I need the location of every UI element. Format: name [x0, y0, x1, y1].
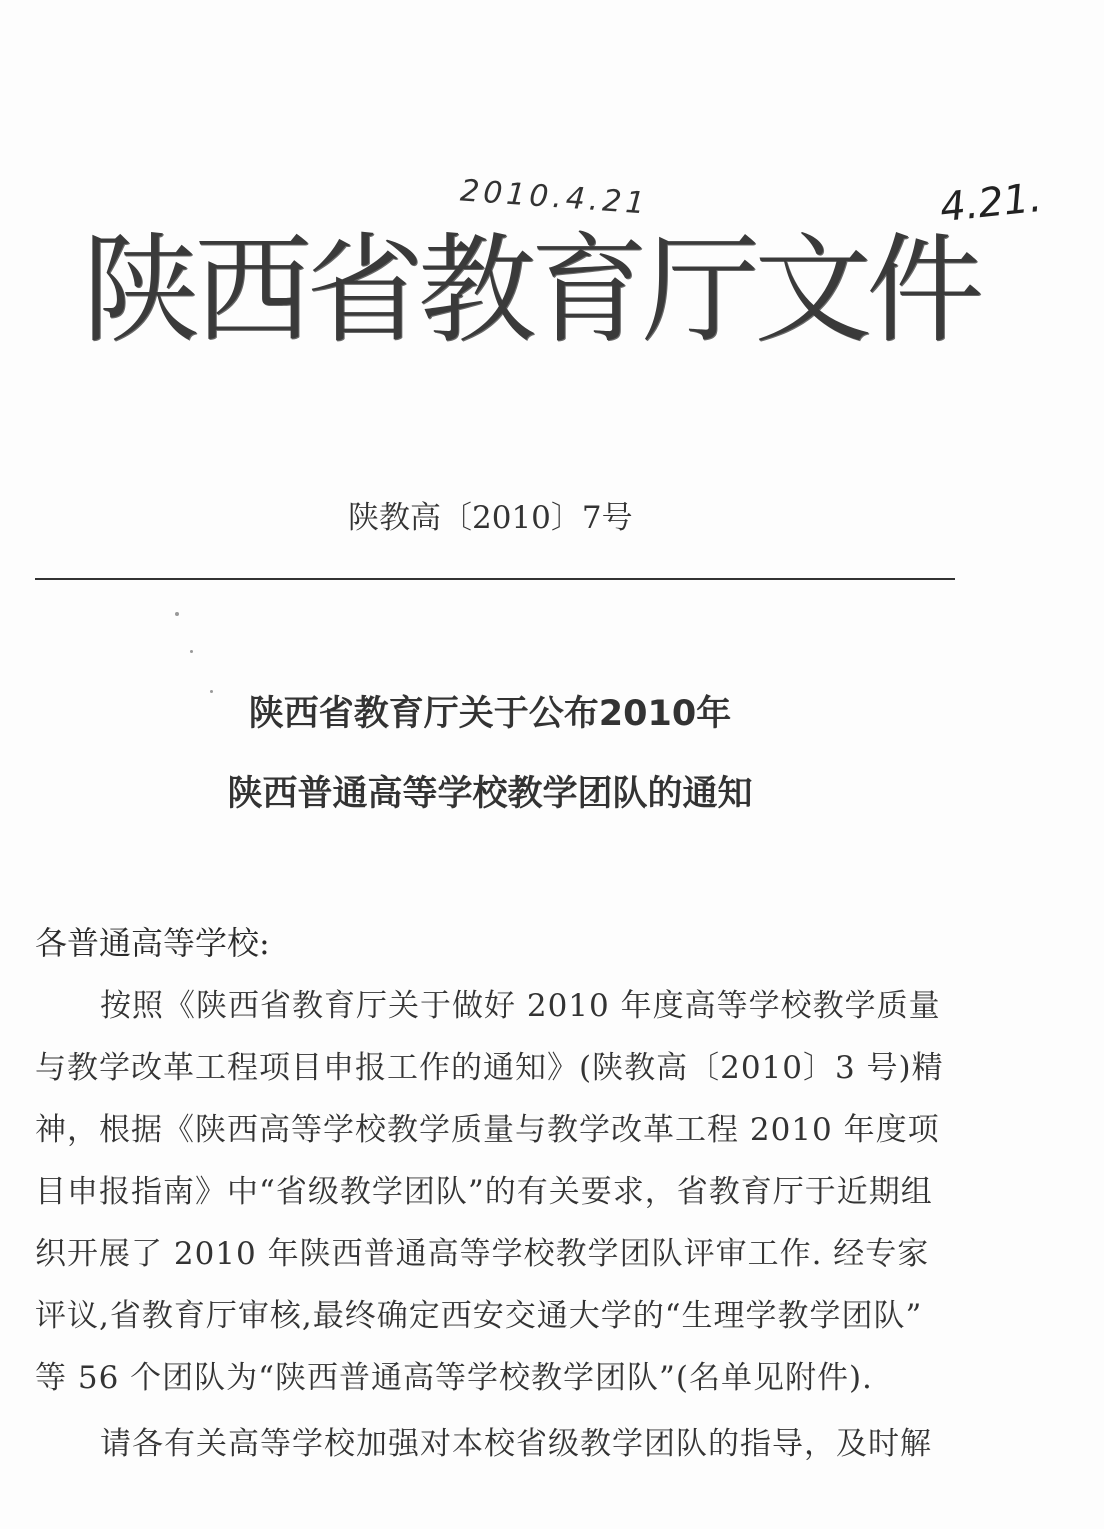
scan-speck: [190, 650, 193, 653]
scanned-document-page: 2010.4.21 4.21. 陕西省教育厅文件 陕教高〔2010〕7号 陕西省…: [0, 0, 1104, 1529]
body-line: 按照《陕西省教育厅关于做好 2010 年度高等学校教学质量: [100, 980, 941, 1025]
body-line: 织开展了 2010 年陕西普通高等学校教学团队评审工作. 经专家: [35, 1228, 929, 1273]
document-number: 陕教高〔2010〕7号: [348, 492, 633, 537]
notice-title-line-1: 陕西省教育厅关于公布2010年: [0, 686, 990, 736]
body-line: 评议,省教育厅审核,最终确定西安交通大学的“生理学教学团队”: [35, 1290, 922, 1335]
body-line: 与教学改革工程项目申报工作的通知》(陕教高〔2010〕3 号)精: [35, 1042, 944, 1087]
notice-title-line-2: 陕西普通高等学校教学团队的通知: [0, 766, 990, 816]
body-line: 等 56 个团队为“陕西普通高等学校教学团队”(名单见附件).: [35, 1352, 873, 1397]
scan-speck: [175, 612, 179, 616]
header-divider: [35, 578, 955, 580]
body-line: 神，根据《陕西高等学校教学质量与教学改革工程 2010 年度项: [35, 1104, 940, 1149]
document-header-title: 陕西省教育厅文件: [82, 215, 902, 365]
body-line: 目申报指南》中“省级教学团队”的有关要求，省教育厅于近期组: [35, 1166, 933, 1211]
salutation: 各普通高等学校:: [35, 918, 270, 964]
body-line: 请各有关高等学校加强对本校省级教学团队的指导，及时解: [100, 1418, 932, 1463]
